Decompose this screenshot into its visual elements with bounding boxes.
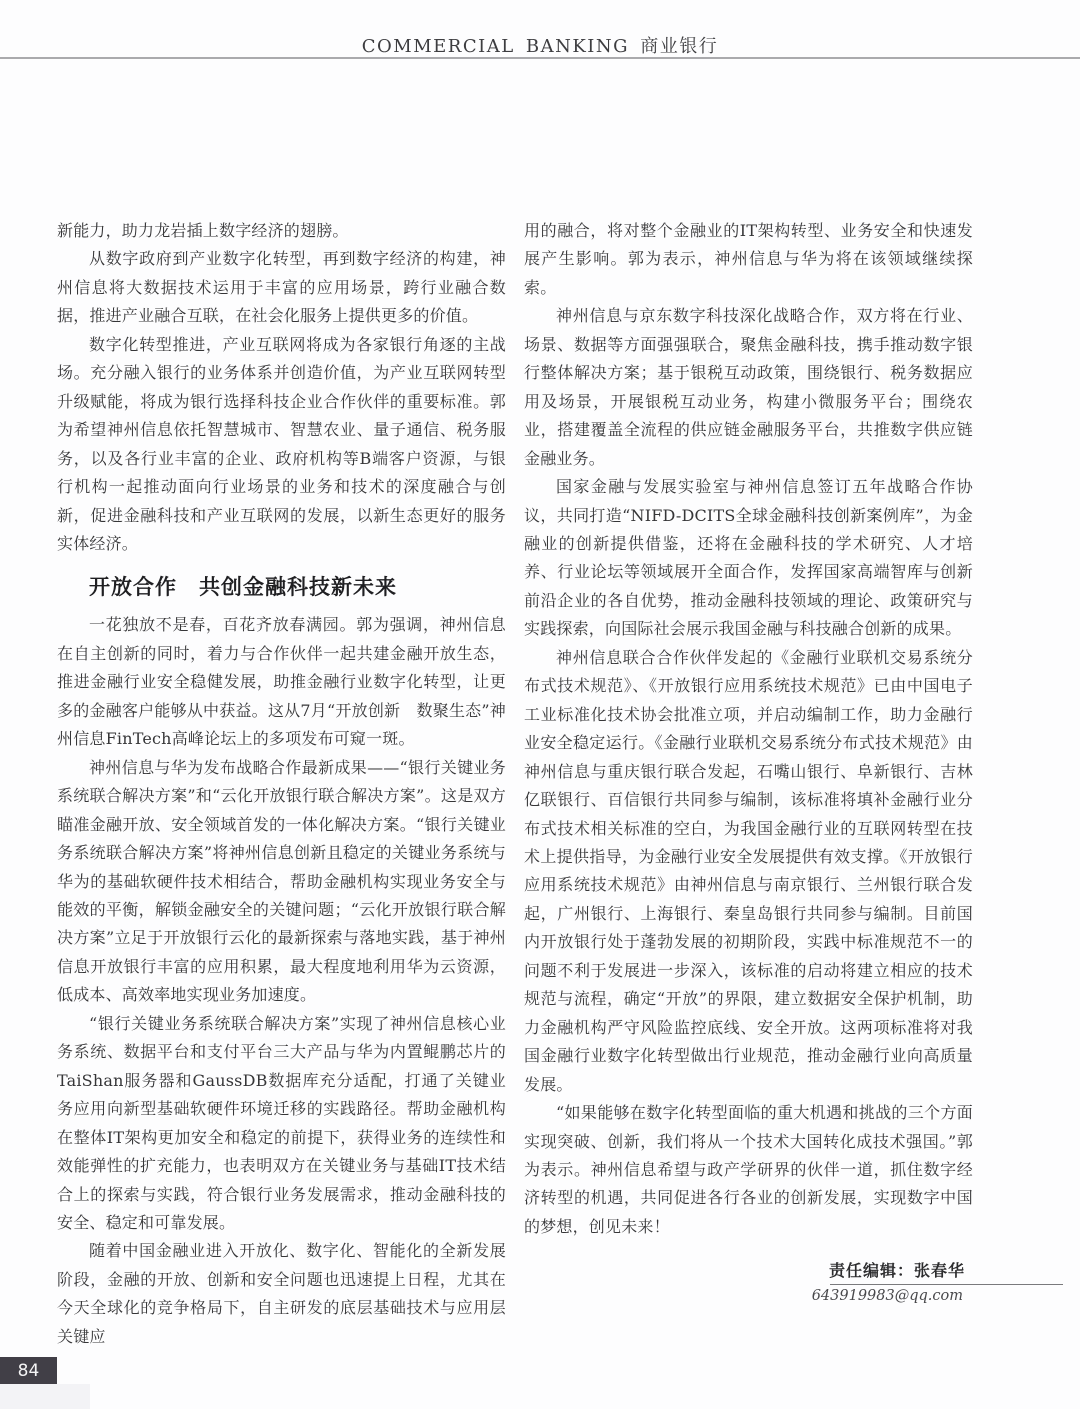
scan-shadow [0, 1384, 90, 1409]
paragraph: 用的融合，将对整个金融业的IT架构转型、业务安全和快速发展产生影响。郭为表示，神… [524, 217, 973, 302]
paragraph: 国家金融与发展实验室与神州信息签订五年战略合作协议，共同打造“NIFD-DCIT… [524, 473, 973, 644]
magazine-page: COMMERCIAL BANKING 商业银行 新能力，助力龙岩插上数字经济的翅… [0, 0, 1080, 1409]
editor-credit: 责任编辑：张春华 [829, 1258, 965, 1281]
article-columns: 新能力，助力龙岩插上数字经济的翅膀。从数字政府到产业数字化转型，再到数字经济的构… [57, 217, 973, 1351]
paragraph: “如果能够在数字化转型面临的重大机遇和挑战的三个方面实现突破、创新，我们将从一个… [524, 1099, 973, 1241]
header-divider [0, 57, 1080, 59]
paragraph: 一花独放不是春，百花齐放春满园。郭为强调，神州信息在自主创新的同时，着力与合作伙… [57, 611, 506, 753]
paragraph: 从数字政府到产业数字化转型，再到数字经济的构建，神州信息将大数据技术运用于丰富的… [57, 245, 506, 330]
paragraph: “银行关键业务系统联合解决方案”实现了神州信息核心业务系统、数据平台和支付平台三… [57, 1010, 506, 1238]
page-number-badge: 84 [0, 1357, 57, 1384]
editor-divider [830, 1284, 1063, 1285]
section-heading: 开放合作 共创金融科技新未来 [57, 573, 506, 602]
paragraph: 数字化转型推进，产业互联网将成为各家银行角逐的主战场。充分融入银行的业务体系并创… [57, 331, 506, 559]
column-right: 用的融合，将对整个金融业的IT架构转型、业务安全和快速发展产生影响。郭为表示，神… [524, 217, 973, 1351]
paragraph: 随着中国金融业进入开放化、数字化、智能化的全新发展阶段，金融的开放、创新和安全问… [57, 1237, 506, 1351]
editor-email: 643919983@qq.com [812, 1288, 963, 1304]
paragraph: 神州信息联合合作伙伴发起的《金融行业联机交易系统分布式技术规范》、《开放银行应用… [524, 644, 973, 1099]
page-header-title: COMMERCIAL BANKING 商业银行 [0, 32, 1080, 58]
paragraph: 神州信息与京东数字科技深化战略合作，双方将在行业、场景、数据等方面强强联合，聚焦… [524, 302, 973, 473]
column-left: 新能力，助力龙岩插上数字经济的翅膀。从数字政府到产业数字化转型，再到数字经济的构… [57, 217, 506, 1351]
paragraph: 新能力，助力龙岩插上数字经济的翅膀。 [57, 217, 506, 245]
paragraph: 神州信息与华为发布战略合作最新成果——“银行关键业务系统联合解决方案”和“云化开… [57, 754, 506, 1010]
